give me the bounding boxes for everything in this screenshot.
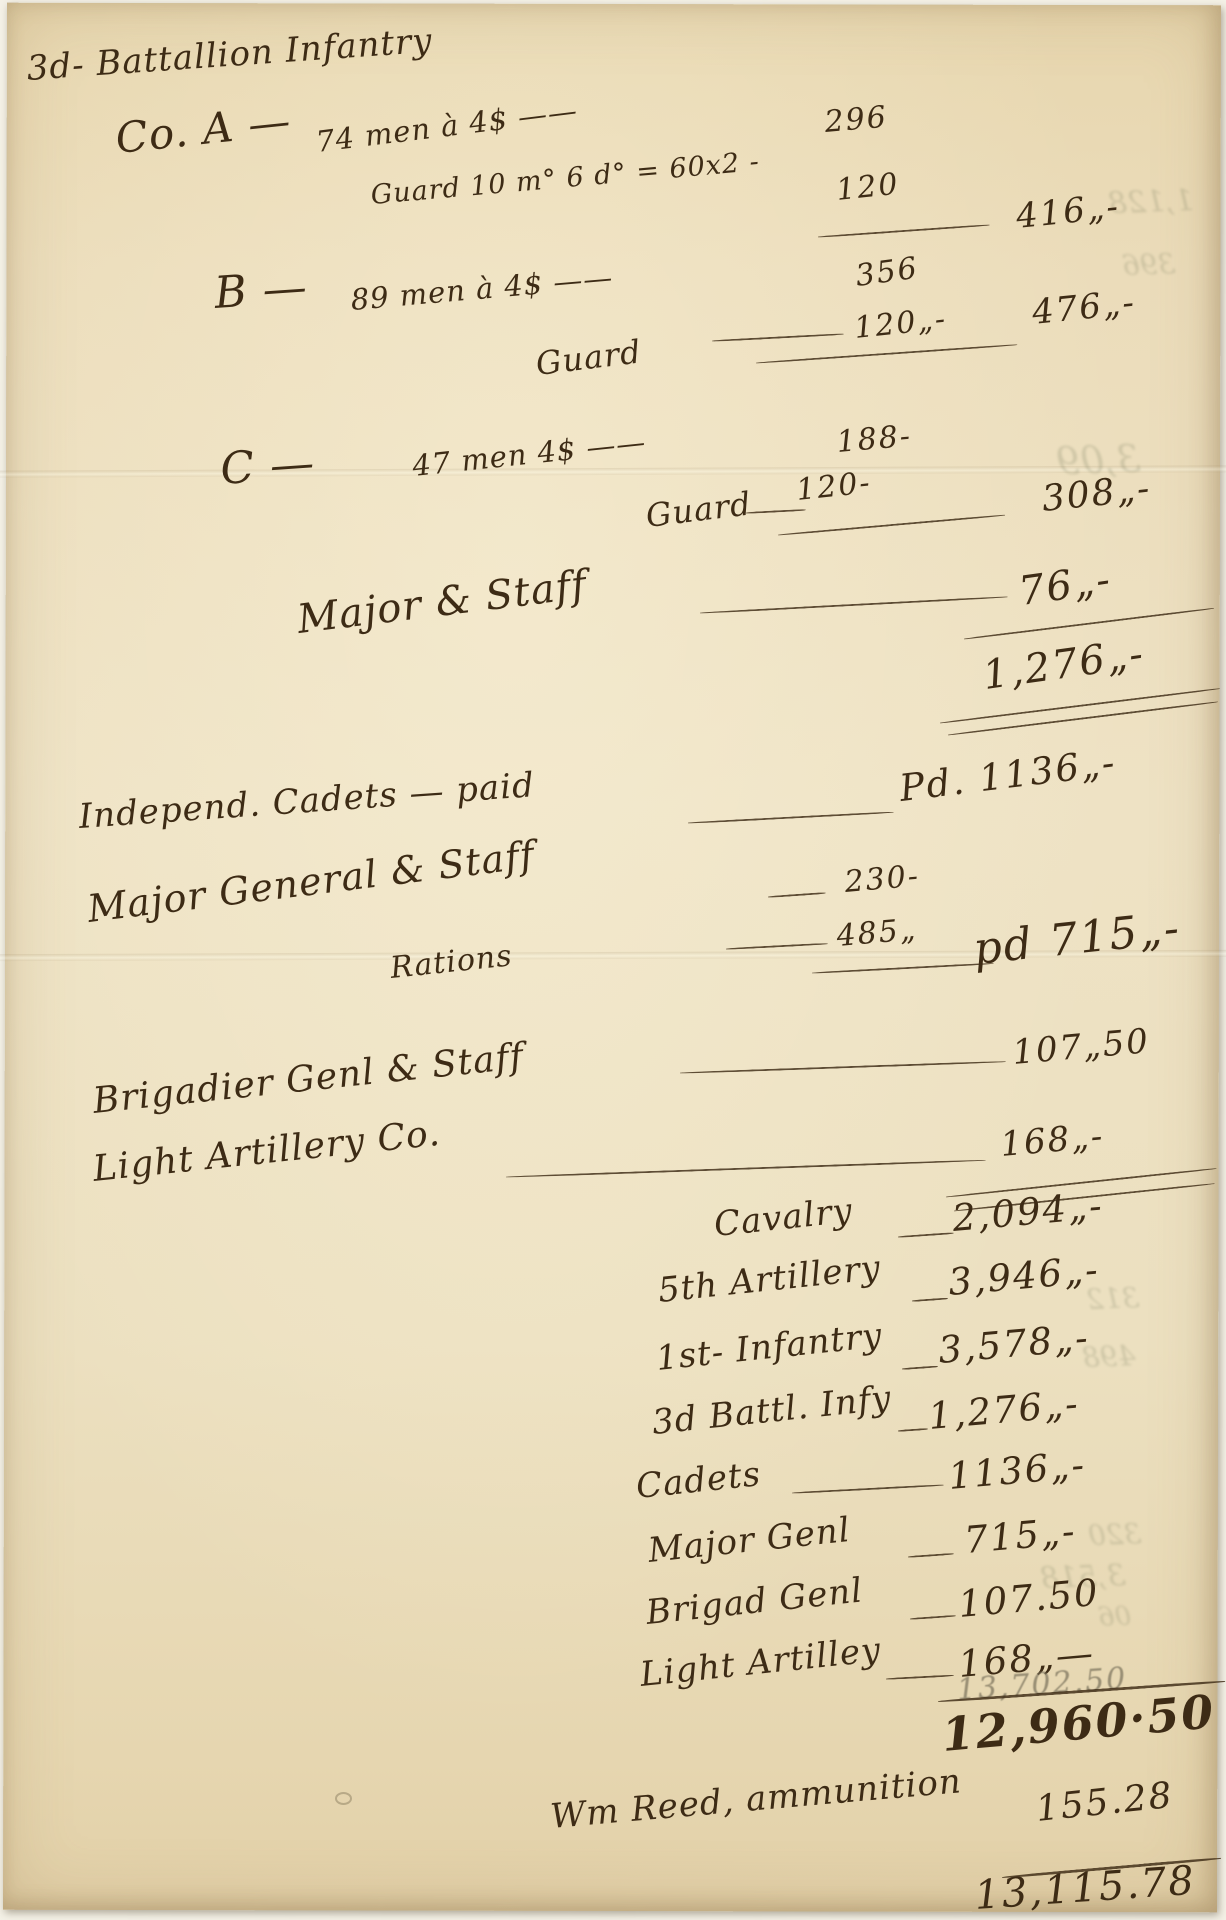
summary-amount: 1136„-: [947, 1446, 1088, 1495]
bleed-through-fragment: 396: [1121, 247, 1176, 282]
company-a-guard-amount: 120: [835, 170, 901, 206]
ink-smudge: [335, 1792, 352, 1805]
company-c-name: C —: [219, 442, 316, 492]
major-general-amount: 230-: [843, 862, 921, 898]
company-b-name: B —: [213, 266, 309, 316]
company-b-subtotal: 476„-: [1030, 285, 1137, 330]
company-b-amount: 356: [854, 253, 921, 292]
rations-amount: 485„: [835, 915, 918, 952]
company-c-amount: 188-: [835, 422, 913, 458]
light-artillery-amount: 168„-: [999, 1119, 1106, 1162]
summary-amount: 715„-: [963, 1512, 1078, 1559]
company-a-amount: 296: [823, 103, 889, 138]
scanned-document: 1,128 396 3,09 312 498 320 3,518 06 3d- …: [0, 0, 1226, 1920]
company-a-subtotal: 416„-: [1014, 189, 1121, 234]
major-staff-amount: 76„-: [1016, 559, 1114, 612]
bleed-through-fragment: 320: [1087, 1517, 1142, 1552]
bleed-through-fragment: 06: [1097, 1601, 1131, 1632]
company-c-guard-amount: 120-: [795, 468, 873, 506]
